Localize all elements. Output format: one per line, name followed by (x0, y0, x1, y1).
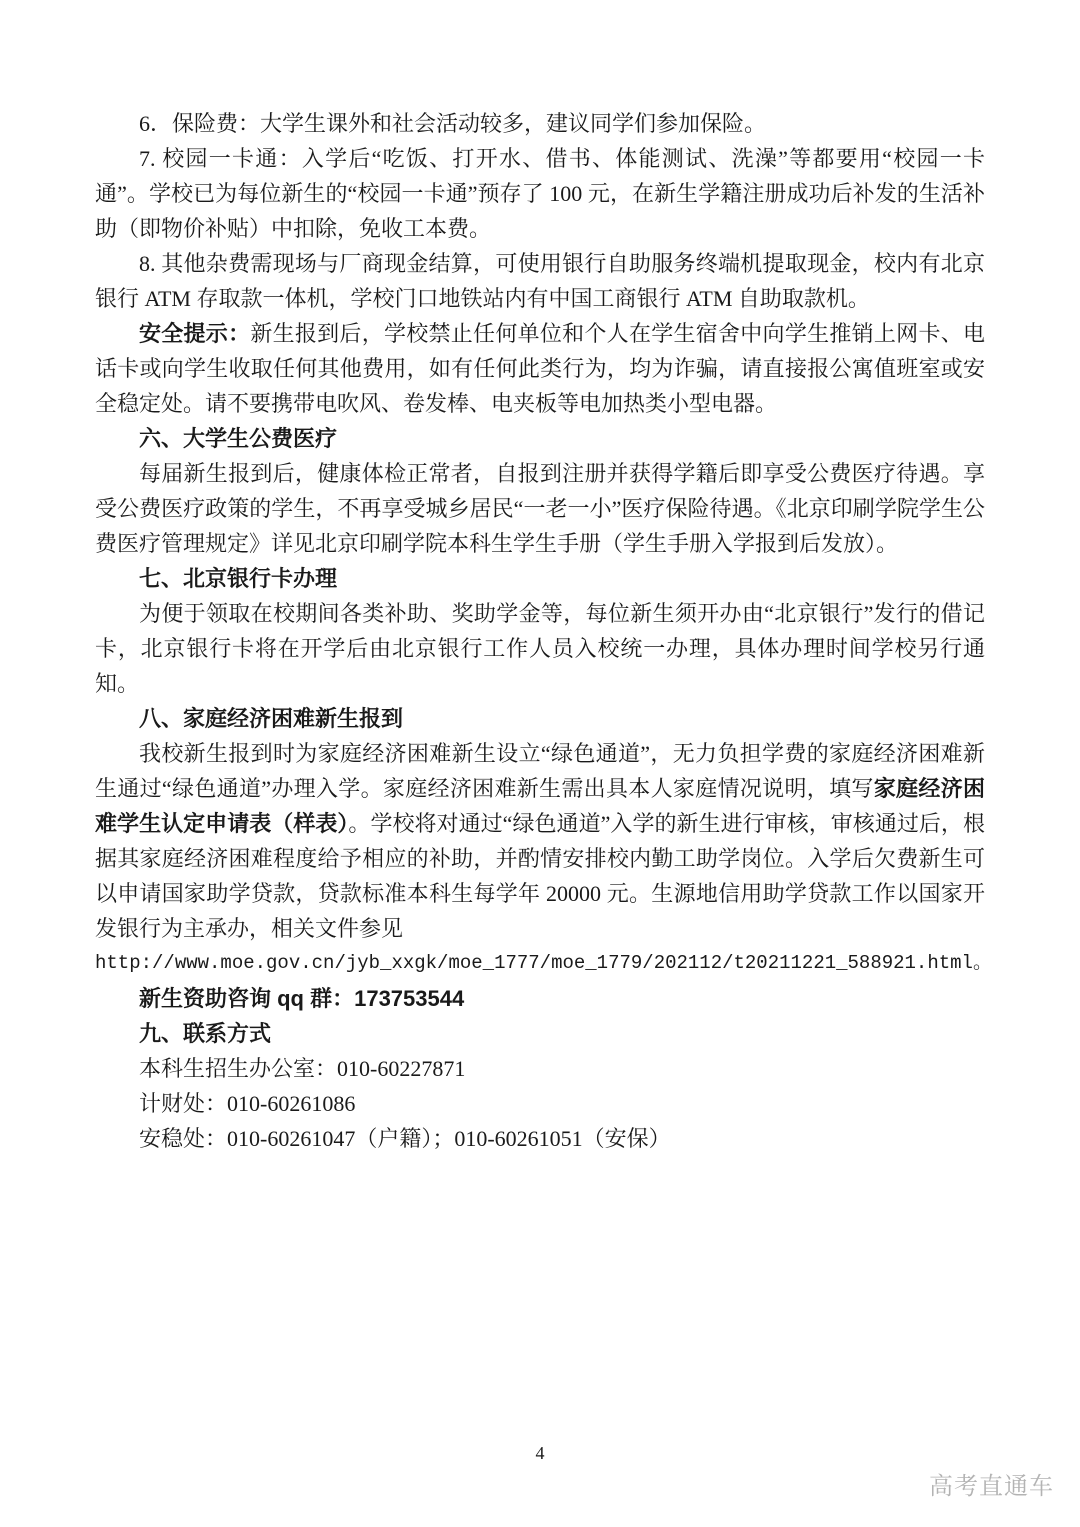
contact-security-office-text: 安稳处：010-60261047（户籍）；010-60261051（安保） (139, 1126, 671, 1151)
section-8-heading-poor-family-text: 八、家庭经济困难新生报到 (139, 706, 403, 731)
contact-security-office: 安稳处：010-60261047（户籍）；010-60261051（安保） (95, 1121, 985, 1156)
page-number: 4 (0, 1441, 1080, 1465)
section-9-heading-contact-text: 九、联系方式 (139, 1021, 271, 1046)
document-body: 6．保险费：大学生课外和社会活动较多，建议同学们参加保险。7. 校园一卡通：入学… (95, 106, 985, 1156)
contact-finance-office: 计财处：010-60261086 (95, 1086, 985, 1121)
aid-qq-group-line-text: 新生资助咨询 qq 群：173753544 (139, 986, 464, 1011)
safety-notice: 安全提示：新生报到后，学校禁止任何单位和个人在学生宿舍中向学生推销上网卡、电话卡… (95, 316, 985, 421)
moe-loan-document-url: http://www.moe.gov.cn/jyb_xxgk/moe_1777/… (95, 946, 985, 981)
public-medical-para-text: 每届新生报到后，健康体检正常者，自报到注册并获得学籍后即享受公费医疗待遇。享受公… (95, 461, 985, 556)
section-6-heading-public-medical: 六、大学生公费医疗 (95, 421, 985, 456)
contact-admissions-office: 本科生招生办公室：010-60227871 (95, 1051, 985, 1086)
contact-admissions-office-text: 本科生招生办公室：010-60227871 (139, 1056, 465, 1081)
item-6-insurance-fee-text: 6．保险费：大学生课外和社会活动较多，建议同学们参加保险。 (139, 111, 766, 136)
item-8-other-fees-text: 8. 其他杂费需现场与厂商现金结算，可使用银行自助服务终端机提取现金，校内有北京… (95, 251, 985, 311)
green-channel-para-text: 我校新生报到时为家庭经济困难新生设立“绿色通道”，无力负担学费的家庭经济困难新生… (95, 741, 985, 801)
aid-qq-group-line: 新生资助咨询 qq 群：173753544 (95, 981, 985, 1016)
section-6-heading-public-medical-text: 六、大学生公费医疗 (139, 426, 337, 451)
section-8-heading-poor-family: 八、家庭经济困难新生报到 (95, 701, 985, 736)
contact-finance-office-text: 计财处：010-60261086 (139, 1091, 355, 1116)
section-7-heading-bank-card: 七、北京银行卡办理 (95, 561, 985, 596)
item-7-campus-card: 7. 校园一卡通：入学后“吃饭、打开水、借书、体能测试、洗澡”等都要用“校园一卡… (95, 141, 985, 246)
public-medical-para: 每届新生报到后，健康体检正常者，自报到注册并获得学籍后即享受公费医疗待遇。享受公… (95, 456, 985, 561)
document-page: 6．保险费：大学生课外和社会活动较多，建议同学们参加保险。7. 校园一卡通：入学… (0, 0, 1080, 1527)
section-9-heading-contact: 九、联系方式 (95, 1016, 985, 1051)
bank-card-para: 为便于领取在校期间各类补助、奖助学金等，每位新生须开办由“北京银行”发行的借记卡… (95, 596, 985, 701)
safety-notice-text: 安全提示： (139, 321, 250, 346)
watermark-gaokao-zhitongche: 高考直通车 (929, 1472, 1054, 1502)
moe-loan-document-url-text: http://www.moe.gov.cn/jyb_xxgk/moe_1777/… (95, 952, 992, 974)
item-8-other-fees: 8. 其他杂费需现场与厂商现金结算，可使用银行自助服务终端机提取现金，校内有北京… (95, 246, 985, 316)
bank-card-para-text: 为便于领取在校期间各类补助、奖助学金等，每位新生须开办由“北京银行”发行的借记卡… (95, 601, 985, 696)
green-channel-para: 我校新生报到时为家庭经济困难新生设立“绿色通道”，无力负担学费的家庭经济困难新生… (95, 736, 985, 946)
item-7-campus-card-text: 7. 校园一卡通：入学后“吃饭、打开水、借书、体能测试、洗澡”等都要用“校园一卡… (95, 146, 985, 241)
item-6-insurance-fee: 6．保险费：大学生课外和社会活动较多，建议同学们参加保险。 (95, 106, 985, 141)
section-7-heading-bank-card-text: 七、北京银行卡办理 (139, 566, 337, 591)
